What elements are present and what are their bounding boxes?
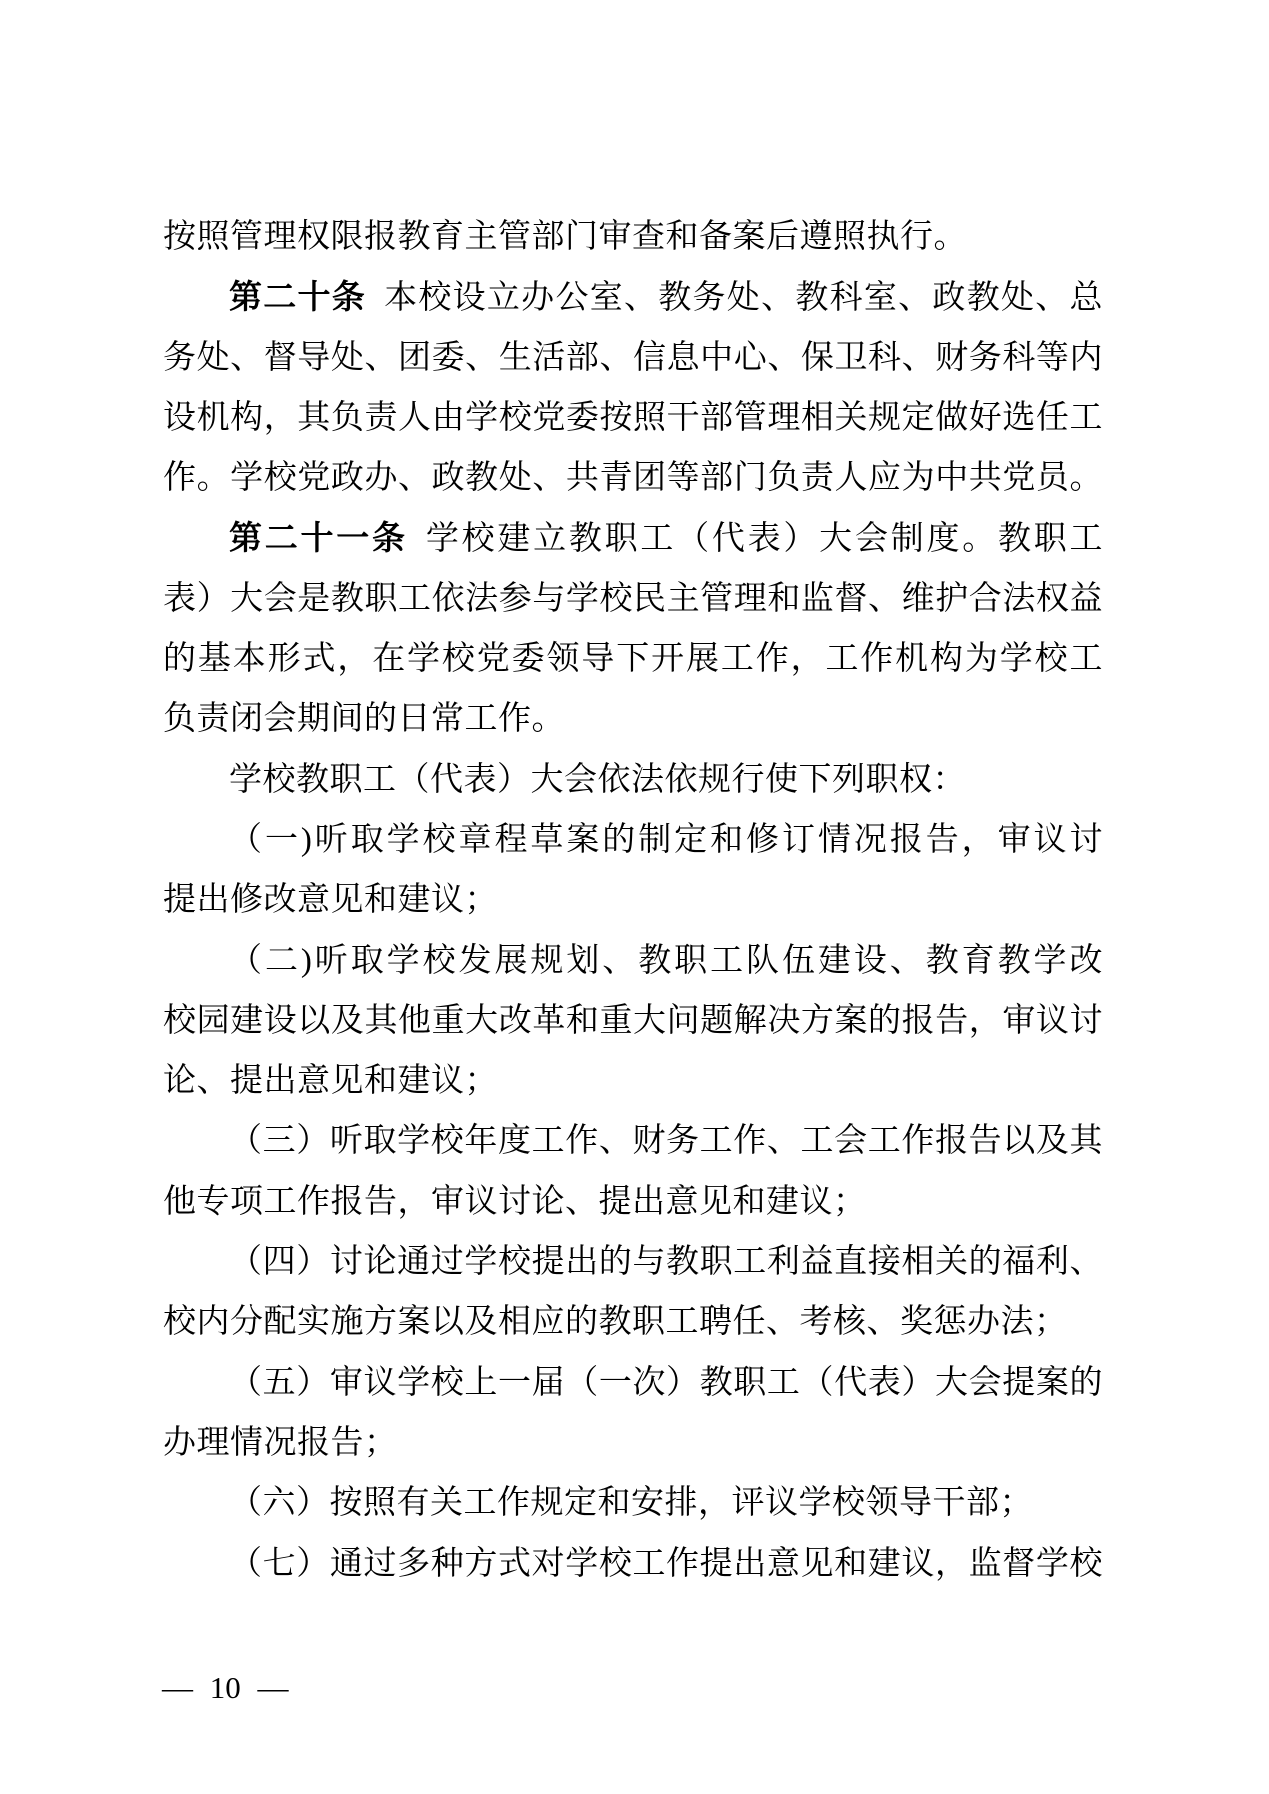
text-line: 表）大会是教职工依法参与学校民主管理和监督、维护合法权益: [163, 569, 1103, 629]
text-line: 提出修改意见和建议；: [163, 870, 1103, 930]
page-number: 10: [210, 1670, 241, 1705]
text-line: 他专项工作报告，审议讨论、提出意见和建议；: [163, 1172, 1103, 1232]
list-item-6-line: （六）按照有关工作规定和安排，评议学校领导干部；: [163, 1473, 1103, 1533]
list-item-1-line: （一)听取学校章程草案的制定和修订情况报告，审议讨论、: [163, 810, 1103, 870]
text-line: 设机构，其负责人由学校党委按照干部管理相关规定做好选任工: [163, 388, 1103, 448]
text-line: 校园建设以及其他重大改革和重大问题解决方案的报告，审议讨: [163, 991, 1103, 1051]
list-item-5-line: （五）审议学校上一届（一次）教职工（代表）大会提案的: [163, 1353, 1103, 1413]
line-text: 本校设立办公室、教务处、教科室、政教处、总: [384, 280, 1103, 316]
list-item-7-line: （七）通过多种方式对学校工作提出意见和建议，监督学校: [163, 1534, 1103, 1594]
body-text: 按照管理权限报教育主管部门审查和备案后遵照执行。 第二十条本校设立办公室、教务处…: [163, 207, 1103, 1594]
list-item-3-line: （三）听取学校年度工作、财务工作、工会工作报告以及其: [163, 1111, 1103, 1171]
article-20-first-line: 第二十条本校设立办公室、教务处、教科室、政教处、总: [163, 267, 1103, 327]
footer-dash-left: —: [162, 1670, 193, 1705]
text-line: 校内分配实施方案以及相应的教职工聘任、考核、奖惩办法；: [163, 1292, 1103, 1352]
article-20-label: 第二十条: [229, 278, 366, 315]
document-page: 按照管理权限报教育主管部门审查和备案后遵照执行。 第二十条本校设立办公室、教务处…: [0, 0, 1269, 1794]
text-line: 办理情况报告；: [163, 1413, 1103, 1473]
list-item-4-line: （四）讨论通过学校提出的与教职工利益直接相关的福利、: [163, 1232, 1103, 1292]
text-line: 学校教职工（代表）大会依法依规行使下列职权：: [163, 750, 1103, 810]
text-line: 按照管理权限报教育主管部门审查和备案后遵照执行。: [163, 207, 1103, 267]
page-number-footer: — 10 —: [162, 1661, 289, 1715]
text-line: 负责闭会期间的日常工作。: [163, 689, 1103, 749]
list-item-2-line: （二)听取学校发展规划、教职工队伍建设、教育教学改革、: [163, 931, 1103, 991]
text-line: 论、提出意见和建议；: [163, 1051, 1103, 1111]
text-line: 的基本形式，在学校党委领导下开展工作，工作机构为学校工会，: [163, 629, 1103, 689]
text-line: 务处、督导处、团委、生活部、信息中心、保卫科、财务科等内: [163, 328, 1103, 388]
footer-dash-right: —: [258, 1670, 289, 1705]
article-21-label: 第二十一条: [229, 519, 408, 556]
text-line: 作。学校党政办、政教处、共青团等部门负责人应为中共党员。: [163, 448, 1103, 508]
article-21-first-line: 第二十一条学校建立教职工（代表）大会制度。教职工（代: [163, 508, 1103, 568]
